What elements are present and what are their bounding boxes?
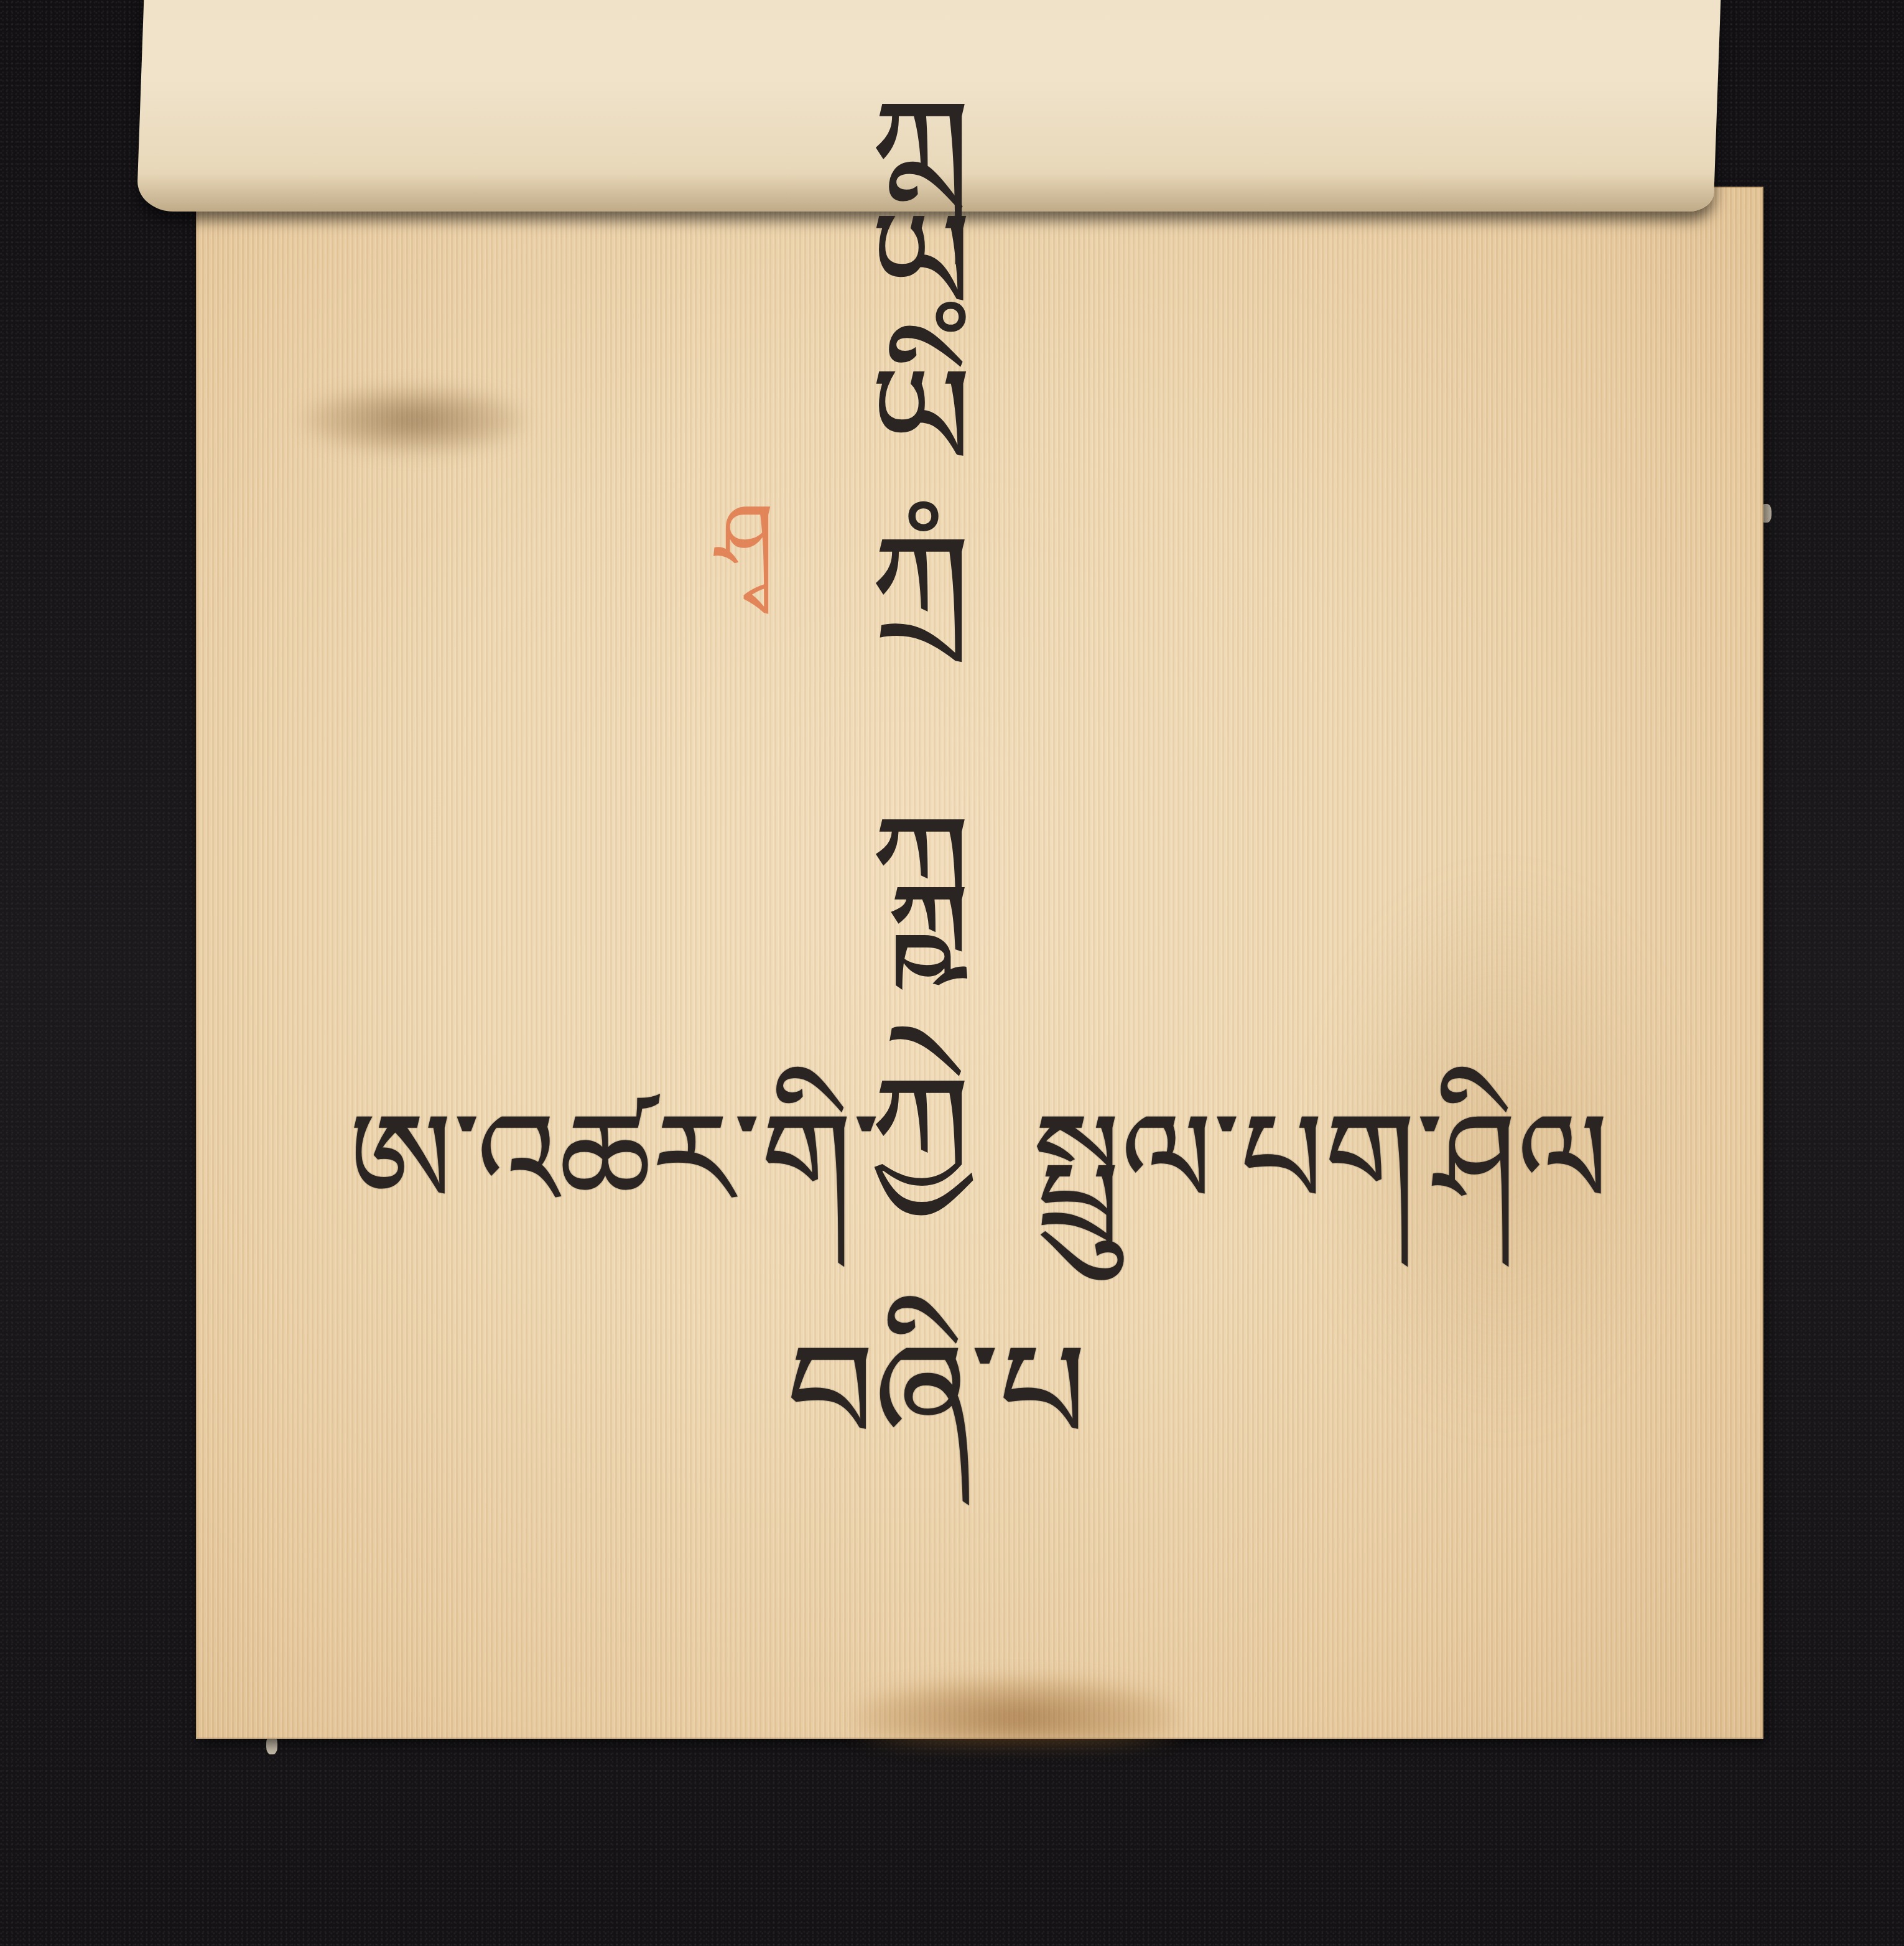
water-stain bbox=[855, 1677, 1179, 1745]
syllable-5: ཀྐྵ bbox=[790, 796, 1051, 939]
ink-smudge-stain bbox=[302, 386, 526, 454]
syllable-1: ཡི bbox=[790, 193, 1051, 336]
title-line-1-left: ཨ་འཚར་གི་ bbox=[348, 1095, 880, 1226]
photo-scene: ཀ ཡི ཡིཾ ཀྲཾ ཀྐྵ ཀྱེ ཤྭ ཨ་འཚར་གི་ སྤྲུལ་… bbox=[0, 0, 1904, 1946]
title-line-2: བཞི་པ bbox=[787, 1325, 1087, 1462]
title-line-1-right: སྤྲུལ་པག་ཤིལ bbox=[1033, 1095, 1609, 1226]
red-ink-mark: ཤྭ bbox=[715, 491, 774, 585]
syllable-2: ཡིཾ bbox=[790, 348, 1051, 491]
syllable-3: ཀྲཾ bbox=[790, 516, 1051, 659]
